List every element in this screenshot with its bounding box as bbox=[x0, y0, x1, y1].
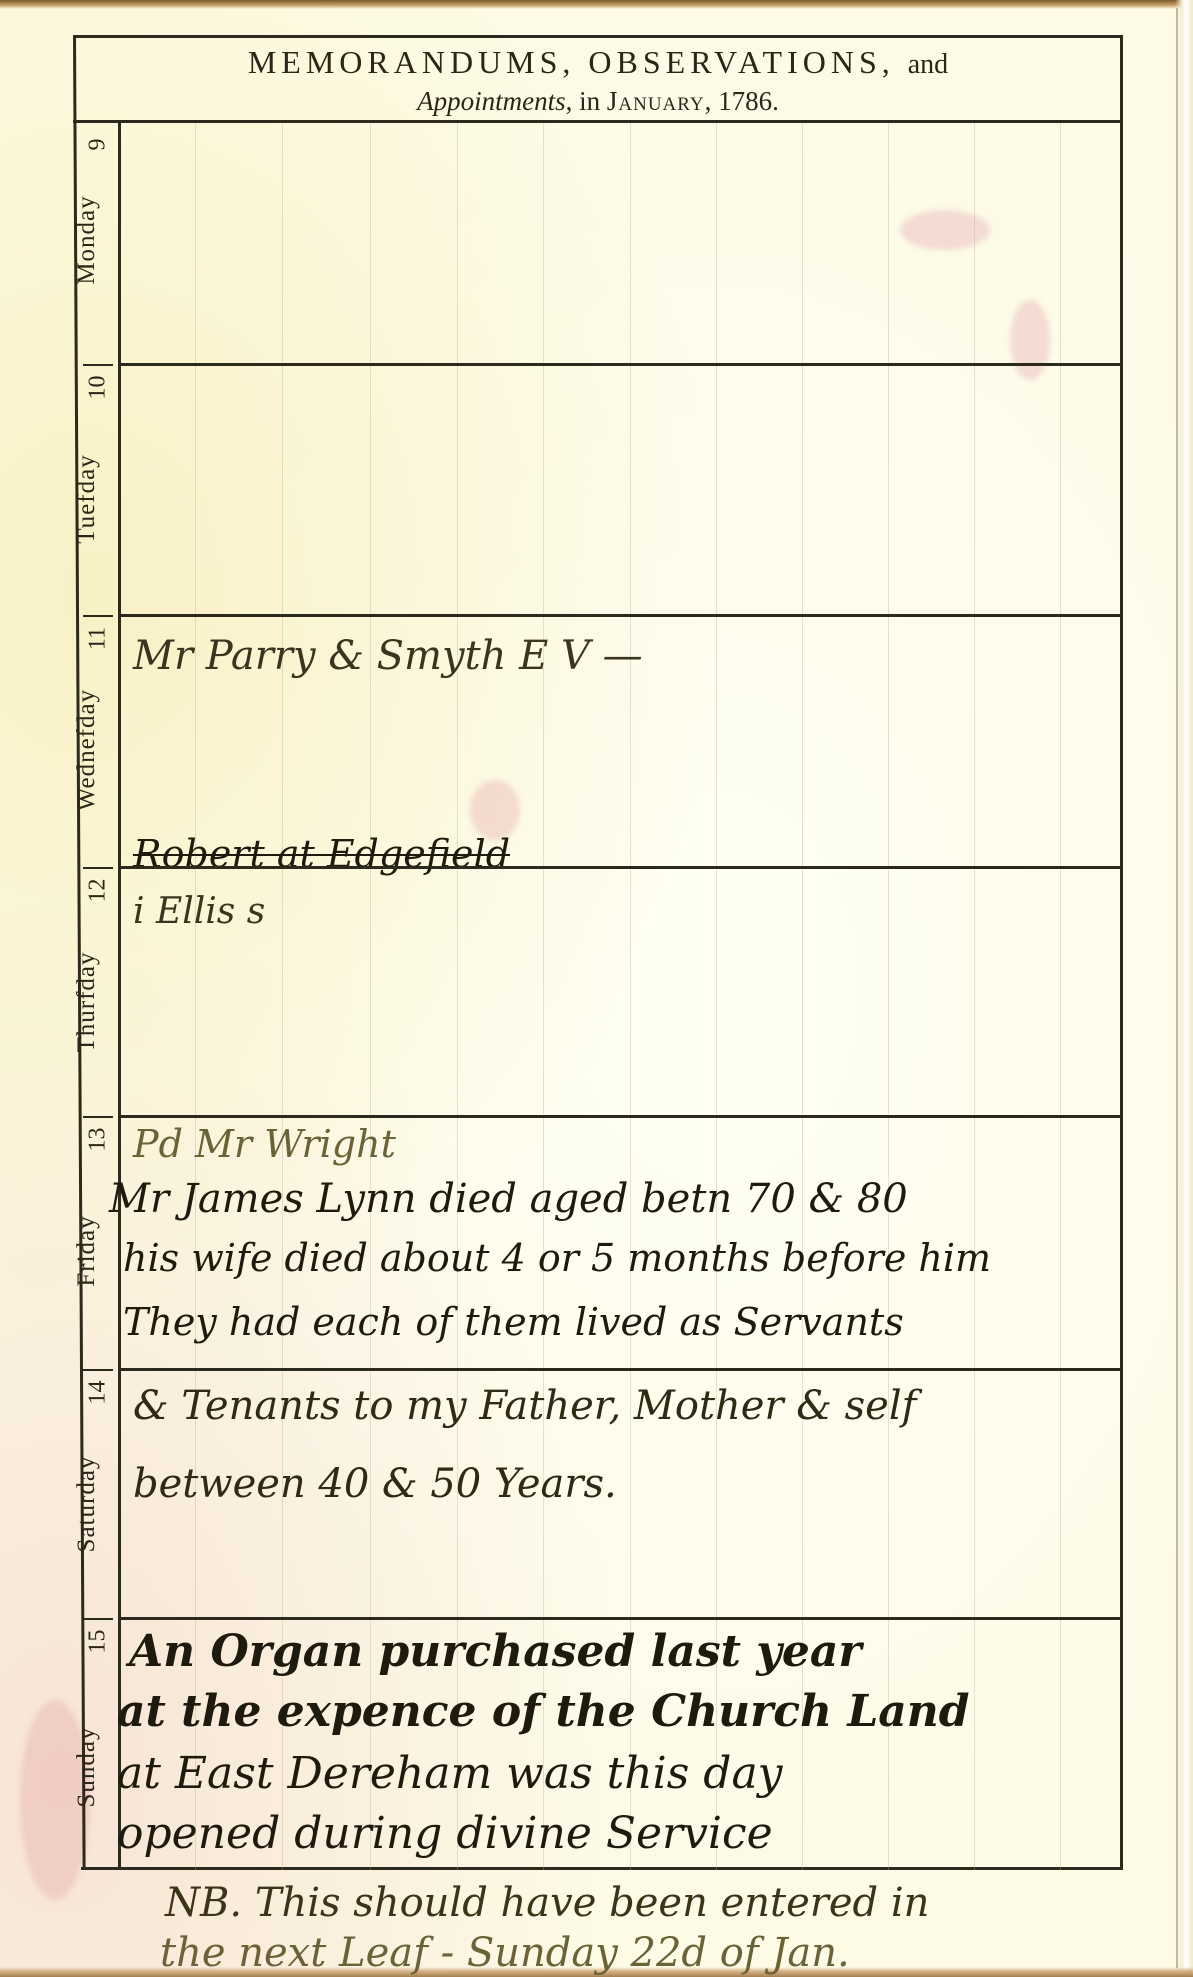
day-name: Sunday bbox=[73, 1692, 107, 1842]
entry-friday-line3: his wife died about 4 or 5 months before… bbox=[123, 1236, 991, 1280]
footnote-line2: the next Leaf - Sunday 22d of Jan. bbox=[160, 1930, 850, 1976]
day-number: 10 bbox=[85, 371, 112, 405]
page-edge-line bbox=[1176, 8, 1178, 1968]
day-number: 15 bbox=[85, 1625, 112, 1659]
day-name: Tuefday bbox=[73, 424, 107, 574]
diary-page: MEMORANDUMS, OBSERVATIONS, and Appointme… bbox=[0, 0, 1193, 1977]
day-number: 13 bbox=[85, 1123, 112, 1157]
header-title-and: and bbox=[908, 49, 948, 80]
entry-sunday-line2: at the expence of the Church Land bbox=[117, 1686, 970, 1737]
day-name: Monday bbox=[73, 165, 107, 315]
day-number: 11 bbox=[85, 622, 112, 656]
entry-sunday-line1: An Organ purchased last year bbox=[129, 1626, 862, 1677]
page-header: MEMORANDUMS, OBSERVATIONS, and Appointme… bbox=[73, 38, 1123, 120]
header-appointments: Appointments bbox=[417, 86, 566, 116]
header-subtitle: Appointments, in January, 1786. bbox=[73, 85, 1123, 117]
day-row-wednesday: 11 Wednefday Mr Parry & Smyth E V — Robe… bbox=[73, 617, 1123, 867]
day-name: Saturday bbox=[73, 1429, 107, 1579]
entry-sunday-line3: at East Dereham was this day bbox=[117, 1748, 783, 1799]
entry-saturday-line1: & Tenants to my Father, Mother & self bbox=[133, 1383, 916, 1429]
day-row-saturday: 14 Saturday & Tenants to my Father, Moth… bbox=[73, 1371, 1123, 1617]
entry-friday-line2: Mr James Lynn died aged betn 70 & 80 bbox=[109, 1176, 908, 1222]
day-name: Thurfday bbox=[73, 927, 107, 1077]
day-number: 9 bbox=[85, 128, 112, 162]
memorandum-frame: MEMORANDUMS, OBSERVATIONS, and Appointme… bbox=[73, 35, 1123, 1870]
day-number: 14 bbox=[85, 1376, 112, 1410]
day-row-monday: 9 Monday bbox=[73, 123, 1123, 365]
entry-friday-line4: They had each of them lived as Servants bbox=[123, 1300, 904, 1344]
entry-wednesday-line1: Mr Parry & Smyth E V — bbox=[133, 633, 643, 679]
day-name: Wednefday bbox=[73, 675, 107, 825]
entry-saturday-line2: between 40 & 50 Years. bbox=[133, 1461, 617, 1507]
day-row-friday: 13 Friday Pd Mr Wright Mr James Lynn die… bbox=[73, 1118, 1123, 1368]
header-year: , 1786. bbox=[705, 86, 779, 116]
header-in: , in bbox=[566, 86, 607, 116]
entry-thursday-line1: i Ellis s bbox=[133, 891, 265, 932]
header-title: MEMORANDUMS, OBSERVATIONS, and bbox=[73, 44, 1123, 83]
day-row-sunday: 15 Sunday An Organ purchased last year a… bbox=[73, 1620, 1123, 1867]
day-name: Friday bbox=[73, 1176, 107, 1326]
footnote-line1: NB. This should have been entered in bbox=[165, 1880, 929, 1926]
day-row-thursday: 12 Thurfday i Ellis s bbox=[73, 869, 1123, 1116]
entry-sunday-line4: opened during divine Service bbox=[117, 1808, 773, 1859]
header-month: January bbox=[607, 86, 705, 116]
day-number: 12 bbox=[85, 874, 112, 908]
frame-bottom-rule bbox=[81, 1867, 1123, 1870]
entry-friday-line1: Pd Mr Wright bbox=[133, 1122, 396, 1166]
day-row-tuesday: 10 Tuefday bbox=[73, 366, 1123, 616]
page-top-edge bbox=[0, 0, 1193, 9]
header-title-main: MEMORANDUMS, OBSERVATIONS, bbox=[248, 44, 895, 80]
